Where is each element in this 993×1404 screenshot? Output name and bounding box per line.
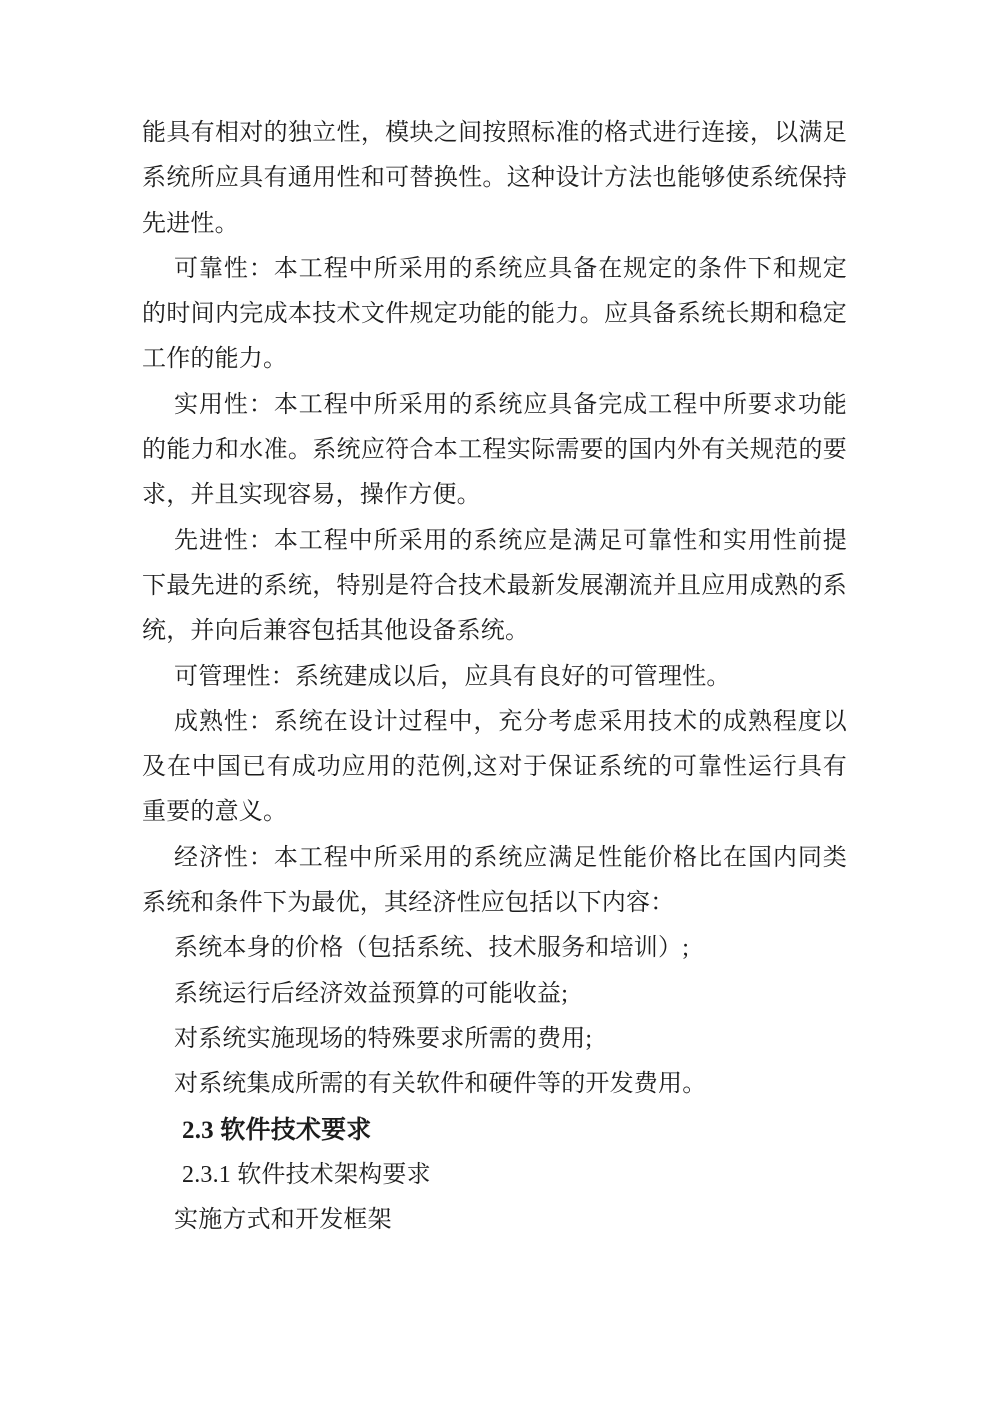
paragraph-advancement: 先进性：本工程中所采用的系统应是满足可靠性和实用性前提下最先进的系统，特别是符合…	[142, 519, 847, 655]
heading-software-architecture-requirements: 2.3.1 软件技术架构要求	[142, 1153, 847, 1198]
list-item-operation-benefit: 系统运行后经济效益预算的可能收益;	[142, 972, 847, 1017]
paragraph-implementation-framework: 实施方式和开发框架	[142, 1198, 847, 1243]
list-item-system-price: 系统本身的价格（包括系统、技术服务和培训）;	[142, 926, 847, 971]
paragraph-manageability: 可管理性：系统建成以后，应具有良好的可管理性。	[142, 655, 847, 700]
list-item-site-requirements-cost: 对系统实施现场的特殊要求所需的费用;	[142, 1017, 847, 1062]
paragraph-maturity: 成熟性：系统在设计过程中，充分考虑采用技术的成熟程度以及在中国已有成功应用的范例…	[142, 700, 847, 836]
paragraph-reliability: 可靠性：本工程中所采用的系统应具备在规定的条件下和规定的时间内完成本技术文件规定…	[142, 247, 847, 383]
paragraph-continuation: 能具有相对的独立性，模块之间按照标准的格式进行连接，以满足系统所应具有通用性和可…	[142, 111, 847, 247]
heading-software-tech-requirements: 2.3 软件技术要求	[142, 1108, 847, 1153]
text-block: 能具有相对的独立性，模块之间按照标准的格式进行连接，以满足系统所应具有通用性和可…	[142, 111, 847, 1243]
list-item-integration-dev-cost: 对系统集成所需的有关软件和硬件等的开发费用。	[142, 1062, 847, 1107]
paragraph-practicality: 实用性：本工程中所采用的系统应具备完成工程中所要求功能的能力和水准。系统应符合本…	[142, 383, 847, 519]
paragraph-economy: 经济性：本工程中所采用的系统应满足性能价格比在国内同类系统和条件下为最优，其经济…	[142, 836, 847, 927]
document-page: 能具有相对的独立性，模块之间按照标准的格式进行连接，以满足系统所应具有通用性和可…	[0, 0, 993, 1404]
